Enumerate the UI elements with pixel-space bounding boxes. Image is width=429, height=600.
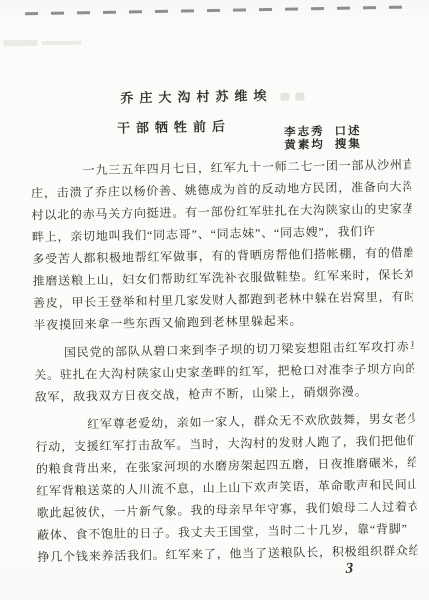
title-line1: 乔庄大沟村苏维埃 [120, 88, 272, 106]
watermark-cjk-smudge [3, 40, 37, 46]
document-title: 乔庄大沟村苏维埃 干部牺牲前后 [120, 84, 311, 136]
byline: 李志秀口述 黄素均搜集 [284, 125, 362, 152]
paragraph-1: 一九三五年四月七日，红军九十一师二七一团一部从沙州直抵乔 庄，击溃了乔庄以杨价善… [31, 154, 414, 337]
scan-tilt-wrapper: 乔庄大沟村苏维埃 干部牺牲前后 李志秀口述 黄素均搜集 一九三五年四月七日，红军… [0, 0, 429, 600]
handwritten-smudge [280, 88, 310, 105]
body-text: 一九三五年四月七日，红军九十一师二七一团一部从沙州直抵乔 庄，击溃了乔庄以杨价善… [31, 154, 418, 575]
document-page: 乔庄大沟村苏维埃 干部牺牲前后 李志秀口述 黄素均搜集 一九三五年四月七日，红军… [0, 0, 429, 600]
byline-row: 黄素均搜集 [284, 138, 362, 152]
narrator-role: 口述 [334, 125, 361, 137]
perforation-dashes [25, 6, 413, 16]
watermark-latin-smudge [41, 41, 81, 45]
title-line2: 干部牺牲前后 [117, 114, 311, 136]
collector-name: 黄素均 [284, 139, 325, 152]
paragraph-2: 国民党的部队从碧口来到李子坝的切刀梁妄想阻击红军攻打赤马 关。驻扎在大沟村陕家山… [34, 336, 415, 409]
page-number: 3 [346, 561, 355, 578]
collector-role: 搜集 [335, 138, 362, 150]
narrator-name: 李志秀 [284, 126, 325, 139]
watermark-smudge [3, 34, 81, 53]
paragraph-3: 红军尊老爱幼，亲如一家人，群众无不欢欣鼓舞，男女老少积极 行动，支援红军打击敌军… [35, 408, 418, 569]
